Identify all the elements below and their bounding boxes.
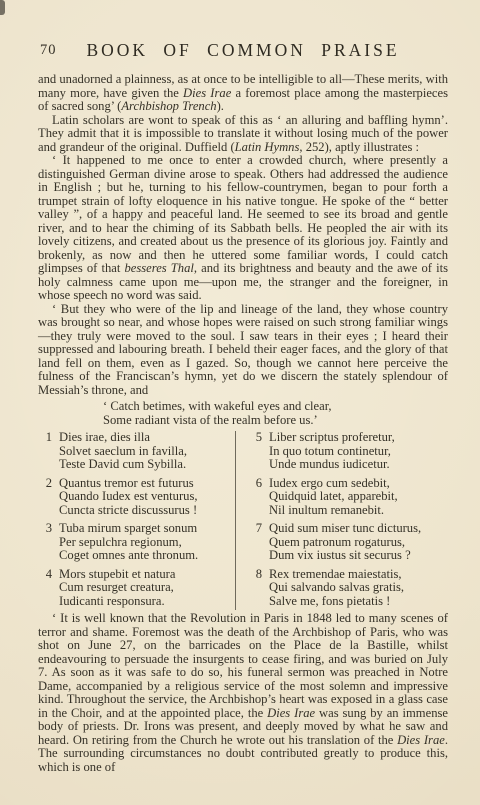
verse-line: Cuncta stricte discussurus ! <box>59 504 235 518</box>
paragraph: and unadorned a plainness, as at once to… <box>38 73 448 114</box>
paragraph: ‘ But they who were of the lip and linea… <box>38 303 448 398</box>
paragraph: ‘ It is well known that the Revolution i… <box>38 612 448 774</box>
verse-line: Mors stupebit et natura <box>59 568 235 582</box>
verse-line: Dies irae, dies illa <box>59 431 235 445</box>
verse-stanza: 4Mors stupebit et naturaCum resurget cre… <box>38 568 235 609</box>
verse-stanza: 5Liber scriptus proferetur,In quo totum … <box>248 431 448 472</box>
verse-line: Dum vix iustus sit securus ? <box>269 549 448 563</box>
verse-stanza: 7Quid sum miser tunc dicturus,Quem patro… <box>248 522 448 563</box>
verse-number: 8 <box>248 568 262 609</box>
verse-col-left: 1Dies irae, dies illaSolvet saeclum in f… <box>38 431 235 610</box>
verse-line: Per sepulchra regionum, <box>59 536 235 550</box>
verse-line: Cum resurget creatura, <box>59 581 235 595</box>
verse-number: 7 <box>248 522 262 563</box>
verse-number: 2 <box>38 477 52 518</box>
verse-number: 3 <box>38 522 52 563</box>
verse-line: Liber scriptus proferetur, <box>269 431 448 445</box>
verse-line: Quidquid latet, apparebit, <box>269 490 448 504</box>
quote-line: Some radiant vista of the realm before u… <box>103 414 448 428</box>
verse-line: Coget omnes ante thronum. <box>59 549 235 563</box>
paragraph: Latin scholars are wont to speak of this… <box>38 114 448 155</box>
verse-line: Solvet saeclum in favilla, <box>59 445 235 459</box>
page-body: and unadorned a plainness, as at once to… <box>38 73 448 774</box>
verse-line: Iudicanti responsura. <box>59 595 235 609</box>
verse-line: Quid sum miser tunc dicturus, <box>269 522 448 536</box>
quote-block: ‘ Catch betimes, with wakeful eyes and c… <box>103 400 448 427</box>
verse-line: Iudex ergo cum sedebit, <box>269 477 448 491</box>
verse-stanza: 2Quantus tremor est futurusQuando Iudex … <box>38 477 235 518</box>
verse-line: Salve me, fons pietatis ! <box>269 595 448 609</box>
verse-line: Teste David cum Sybilla. <box>59 458 235 472</box>
paragraphs-bottom: ‘ It is well known that the Revolution i… <box>38 612 448 774</box>
verse-line: In quo totum continetur, <box>269 445 448 459</box>
page-number: 70 <box>40 42 57 59</box>
paragraphs-top: and unadorned a plainness, as at once to… <box>38 73 448 397</box>
verse-line: Rex tremendae maiestatis, <box>269 568 448 582</box>
verse-number: 6 <box>248 477 262 518</box>
verse-line: Tuba mirum sparget sonum <box>59 522 235 536</box>
latin-verses: 1Dies irae, dies illaSolvet saeclum in f… <box>38 431 448 610</box>
verse-line: Nil inultum remanebit. <box>269 504 448 518</box>
running-title: BOOK OF COMMON PRAISE <box>38 40 448 61</box>
verse-line: Quem patronum rogaturus, <box>269 536 448 550</box>
book-page: 70 BOOK OF COMMON PRAISE and unadorned a… <box>0 0 480 805</box>
verse-number: 4 <box>38 568 52 609</box>
verse-col-right: 5Liber scriptus proferetur,In quo totum … <box>235 431 448 610</box>
verse-number: 1 <box>38 431 52 472</box>
verse-line: Unde mundus iudicetur. <box>269 458 448 472</box>
quote-line: ‘ Catch betimes, with wakeful eyes and c… <box>103 400 448 414</box>
verse-stanza: 6Iudex ergo cum sedebit,Quidquid latet, … <box>248 477 448 518</box>
verse-number: 5 <box>248 431 262 472</box>
paragraph: ‘ It happened to me once to enter a crow… <box>38 154 448 303</box>
verse-line: Quando Iudex est venturus, <box>59 490 235 504</box>
page-header: 70 BOOK OF COMMON PRAISE <box>38 40 448 60</box>
scan-artifact-mark <box>0 0 5 15</box>
verse-line: Quantus tremor est futurus <box>59 477 235 491</box>
verse-stanza: 1Dies irae, dies illaSolvet saeclum in f… <box>38 431 235 472</box>
verse-stanza: 8Rex tremendae maiestatis,Qui salvando s… <box>248 568 448 609</box>
verse-stanza: 3Tuba mirum sparget sonumPer sepulchra r… <box>38 522 235 563</box>
verse-line: Qui salvando salvas gratis, <box>269 581 448 595</box>
